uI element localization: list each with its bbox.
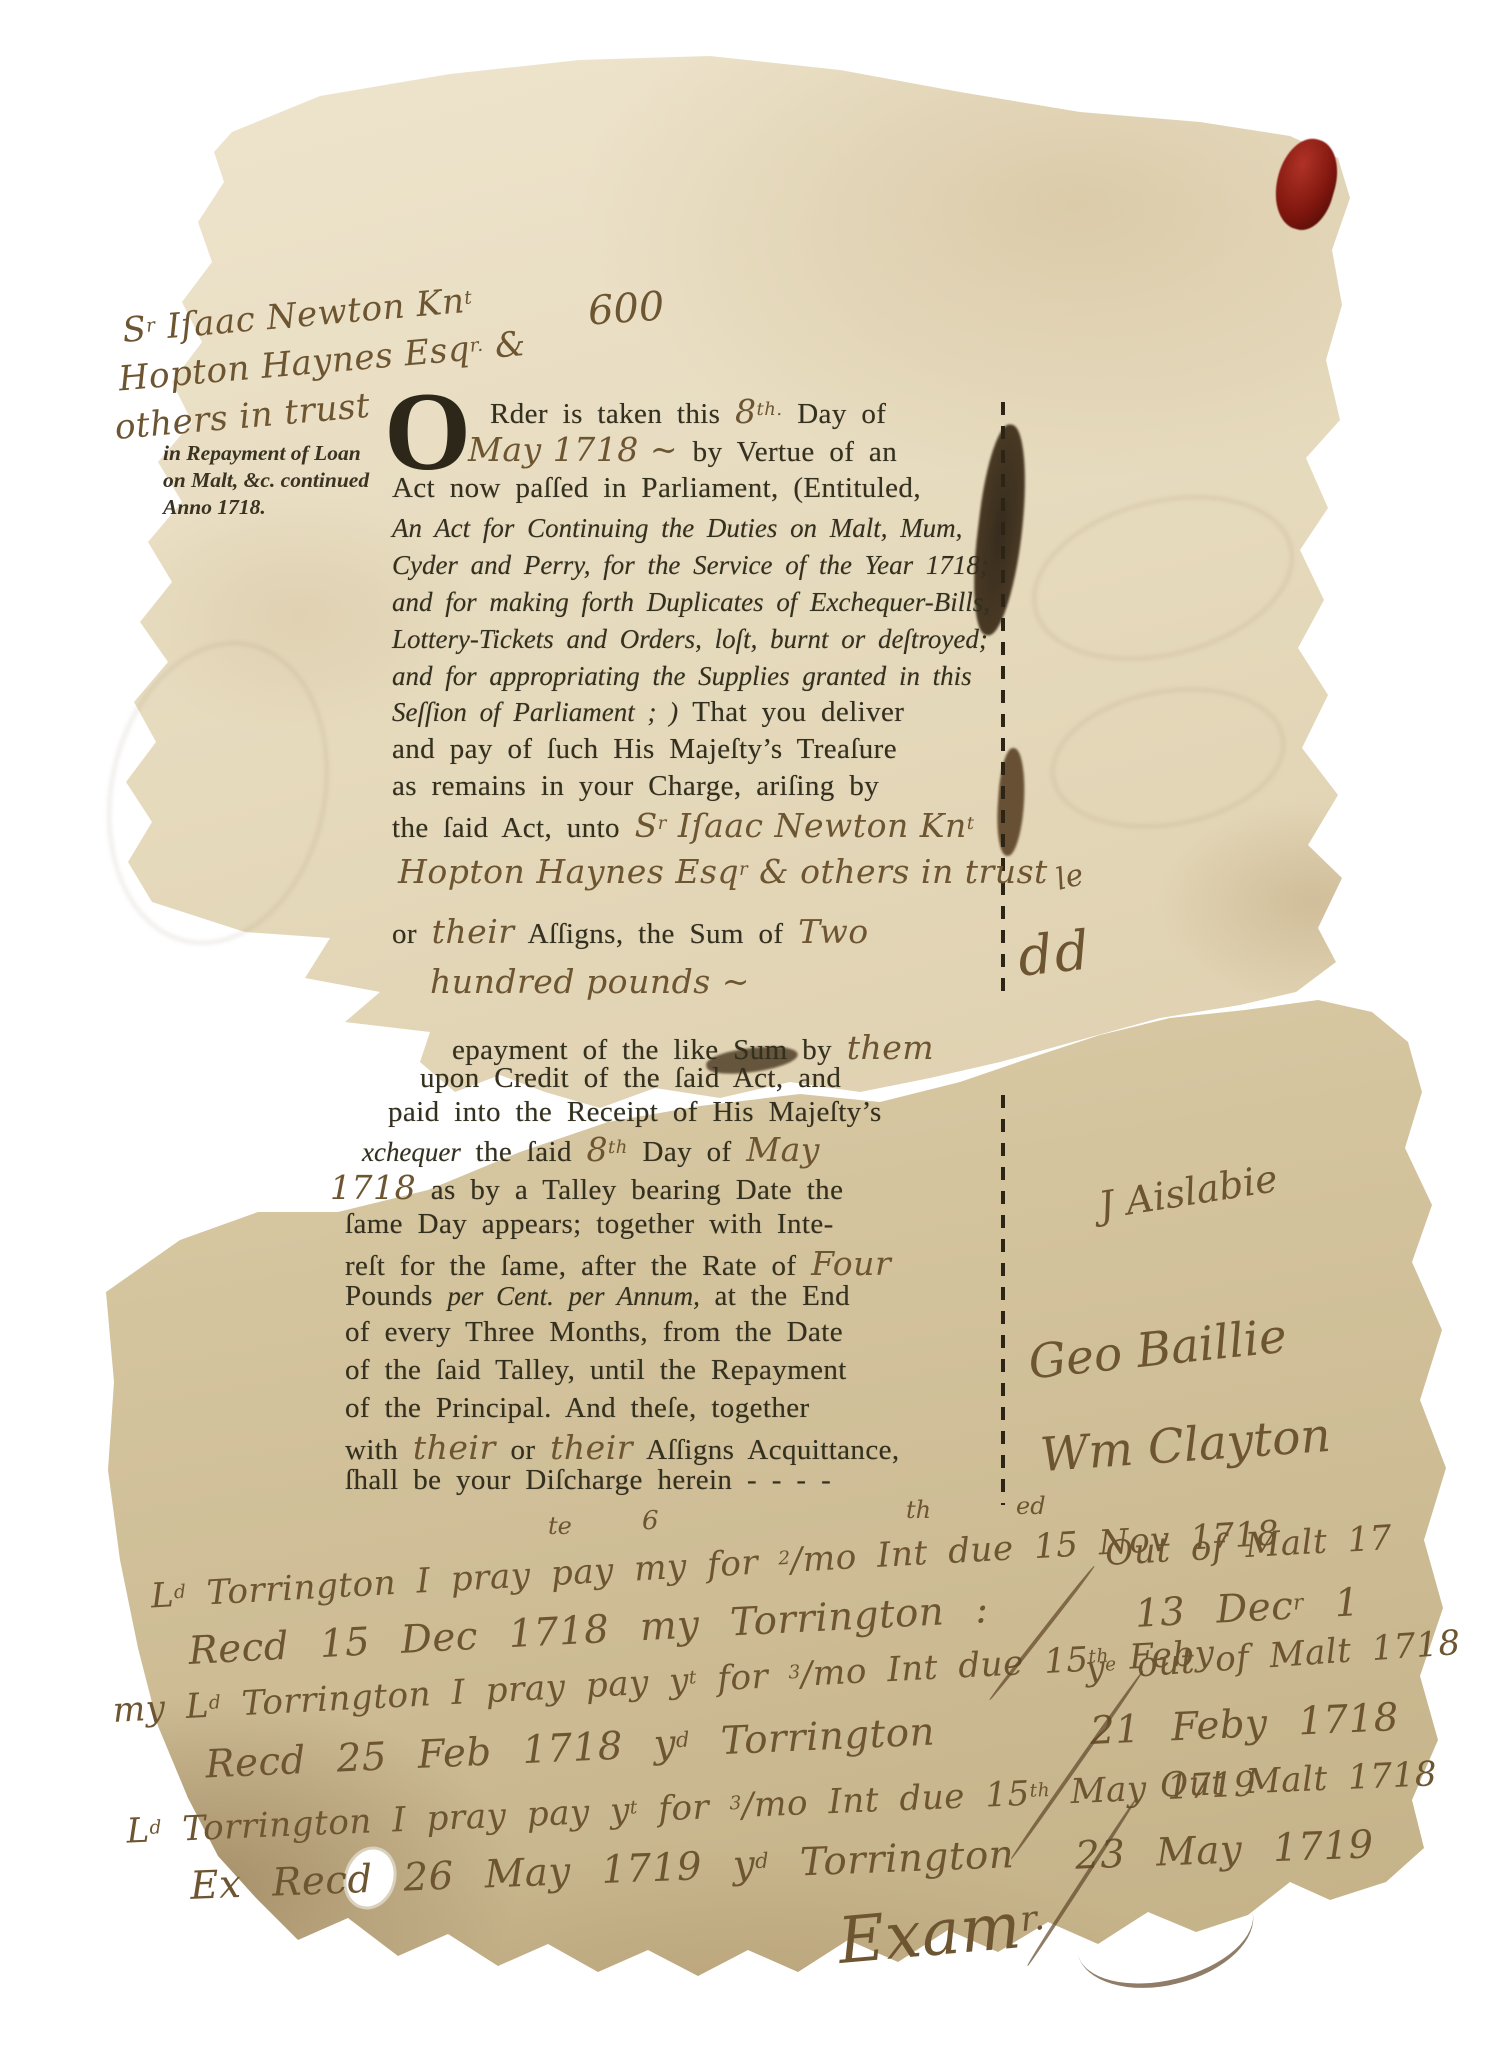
order-number: 600 (586, 283, 665, 334)
printed-line: with their or their Aſſigns Acquittance, (345, 1428, 900, 1467)
text-segment: ſame Day appears; together with Inte- (345, 1208, 834, 1240)
printed-line: May 1718 ~ by Vertue of an (468, 430, 897, 469)
text-segment: d (149, 1817, 162, 1839)
printed-line: An Act for Continuing the Duties on Malt… (392, 512, 962, 545)
text-segment: Day of (783, 398, 887, 430)
printed-line: and for making forth Duplicates of Exche… (392, 586, 990, 619)
text-segment: 8 (735, 392, 757, 431)
printed-line: and for appropriating the Supplies grant… (392, 660, 972, 693)
text-segment: L (150, 1575, 175, 1616)
text-segment: Aſſigns Acquittance, (633, 1434, 899, 1466)
text-segment: d (173, 1581, 187, 1603)
text-segment: Lottery-Tickets and Orders, loſt, burnt … (392, 624, 988, 654)
printed-line: ſame Day appears; together with Inte- (345, 1208, 834, 1241)
text-segment: paid into the Receipt of His Majeſty’s (388, 1096, 882, 1128)
margin-note-line: Anno 1718. (163, 494, 369, 521)
printed-line: 1718 as by a Talley bearing Date the (330, 1168, 843, 1207)
text-segment: r (658, 813, 667, 834)
text-segment: An Act for Continuing the Duties on Malt… (392, 513, 962, 543)
text-segment: May 1718 ~ (468, 430, 678, 469)
text-segment: per Annum, (569, 1281, 700, 1311)
printed-line: xchequer the ſaid 8th Day of May (362, 1130, 820, 1169)
margin-note-line: on Malt, &c. continued (163, 467, 369, 494)
text-segment: th. (757, 399, 783, 420)
text-segment: or (496, 1434, 550, 1466)
text-segment: t (688, 1667, 697, 1688)
text-segment: their (432, 912, 515, 951)
text-segment: r (1292, 1589, 1304, 1615)
printed-line: of every Three Months, from the Date (345, 1316, 843, 1349)
text-segment: them (847, 1028, 934, 1067)
text-segment: Cyder and Perry, for the Service of the … (392, 550, 989, 580)
text-segment: the ſaid Act, unto (392, 812, 635, 844)
text-segment: xchequer (362, 1137, 461, 1167)
printed-line: or their Aſſigns, the Sum of Two (392, 912, 869, 951)
margin-mark: dd (1015, 918, 1094, 988)
text-segment: for (696, 1655, 790, 1700)
text-segment: t (629, 1797, 638, 1818)
text-segment: and for appropriating the Supplies grant… (392, 661, 972, 691)
text-segment: Four (811, 1244, 891, 1283)
margin-note-line: in Repayment of Loan (163, 440, 369, 467)
dashed-rule-lower (1001, 1095, 1005, 1505)
printed-line: Lottery-Tickets and Orders, loſt, burnt … (392, 623, 988, 656)
printed-line: upon Credit of the ſaid Act, and (420, 1062, 841, 1095)
text-segment: Iſaac Newton Kn (667, 806, 967, 845)
text-segment: Exam (835, 1889, 1024, 1979)
text-segment: S (121, 309, 148, 351)
text-segment: 3 (788, 1661, 801, 1683)
handwritten-line: hundred pounds ~ (430, 962, 750, 1001)
text-segment: e (1104, 1654, 1117, 1676)
printed-line: Cyder and Perry, for the Service of the … (392, 549, 989, 582)
printed-line: the ſaid Act, unto Sr Iſaac Newton Knt (392, 806, 974, 845)
text-segment: th (1029, 1780, 1050, 1802)
printed-line: reſt for the ſame, after the Rate of Fou… (345, 1244, 891, 1283)
text-segment: 13 Dec (1134, 1584, 1294, 1637)
text-segment: reſt for the ſame, after the Rate of (345, 1250, 811, 1282)
printed-line: Act now paſſed in Parliament, (Entituled… (392, 472, 921, 505)
text-segment: Day of (628, 1136, 746, 1168)
interlinear-fragment: ed (1016, 1492, 1046, 1520)
text-segment: their (413, 1428, 496, 1467)
text-segment: of the ſaid Talley, until the Repayment (345, 1354, 847, 1386)
text-segment: Seſſion of Parliament ; ) (392, 697, 678, 727)
document-photo: 600 Sr Iſaac Newton Knt Hopton Haynes Es… (0, 0, 1491, 2048)
printed-line: Pounds per Cent. per Annum, at the End (345, 1280, 850, 1313)
handwritten-line: Hopton Haynes Esqr & others in trust (398, 852, 1048, 891)
printed-line: Rder is taken this 8th. Day of (490, 392, 886, 431)
printed-line: of the ſaid Talley, until the Repayment (345, 1354, 847, 1387)
text-segment: for (637, 1786, 730, 1830)
text-segment: at the End (700, 1280, 850, 1312)
text-segment: or (392, 918, 432, 950)
text-segment: That you deliver (678, 696, 904, 728)
text-segment: 8 (587, 1130, 609, 1169)
text-segment: as by a Talley bearing Date the (416, 1174, 843, 1206)
text-segment: as remains in your Charge, ariſing by (392, 770, 879, 802)
interlinear-fragment: te (548, 1512, 572, 1540)
text-segment: per Cent. (447, 1281, 553, 1311)
text-segment: t (463, 287, 473, 309)
text-segment: of the Principal. And theſe, together (345, 1392, 810, 1424)
text-segment: of every Three Months, from the Date (345, 1316, 843, 1348)
dashed-rule-upper (1001, 402, 1005, 1002)
printed-line: as remains in your Charge, ariſing by (392, 770, 879, 803)
text-segment: 2 (778, 1547, 791, 1569)
text-segment: 1 (1303, 1580, 1361, 1628)
text-segment: ſhall be your Diſcharge herein - - - - (345, 1464, 831, 1496)
text-segment: by Vertue of an (678, 436, 897, 468)
text-segment: with (345, 1434, 413, 1466)
text-segment: & others in trust (748, 852, 1048, 891)
text-segment: r (739, 859, 748, 880)
text-segment: L (126, 1811, 151, 1852)
text-segment: d (755, 1847, 770, 1873)
text-segment: & (482, 324, 528, 368)
text-segment: y (1084, 1648, 1107, 1689)
text-segment: Hopton Haynes Esq (398, 852, 739, 891)
printed-line: ſhall be your Diſcharge herein - - - - (345, 1464, 831, 1497)
interlinear-fragment: 6 (642, 1506, 659, 1536)
text-segment: th (608, 1137, 628, 1158)
text-segment: r. (1019, 1898, 1047, 1940)
text-segment: Pounds (345, 1280, 447, 1312)
text-segment: d (208, 1692, 221, 1714)
text-segment (554, 1280, 569, 1312)
text-segment: Aſſigns, the Sum of (515, 918, 798, 950)
text-segment: Act now paſſed in Parliament, (Entituled… (392, 472, 921, 504)
text-segment: 1718 (330, 1168, 416, 1207)
text-segment: hundred pounds ~ (430, 962, 750, 1001)
text-segment: my L (112, 1686, 210, 1731)
text-segment: Rder is taken this (490, 398, 735, 430)
text-segment: t (967, 813, 975, 834)
text-segment: Torrington (768, 1832, 1015, 1886)
interlinear-fragment: th (906, 1496, 931, 1524)
text-segment: 3 (729, 1793, 742, 1814)
text-segment: May (746, 1130, 820, 1169)
printed-line: Seſſion of Parliament ; ) That you deliv… (392, 696, 904, 729)
printed-line: paid into the Receipt of His Majeſty’s (388, 1096, 882, 1129)
text-segment: the ſaid (461, 1136, 587, 1168)
text-segment: their (550, 1428, 633, 1467)
margin-note: in Repayment of Loan on Malt, &c. contin… (163, 440, 369, 521)
text-segment: Two (798, 912, 869, 951)
printed-line: and pay of ſuch His Majeſty’s Treaſure (392, 733, 897, 766)
text-segment: and for making forth Duplicates of Exche… (392, 587, 990, 617)
text-segment: S (635, 806, 658, 845)
text-segment: and pay of ſuch His Majeſty’s Treaſure (392, 733, 897, 765)
text-segment: d (675, 1726, 690, 1752)
printed-line: of the Principal. And theſe, together (345, 1392, 810, 1425)
text-segment: r. (469, 334, 485, 356)
text-segment: upon Credit of the ſaid Act, and (420, 1062, 841, 1094)
